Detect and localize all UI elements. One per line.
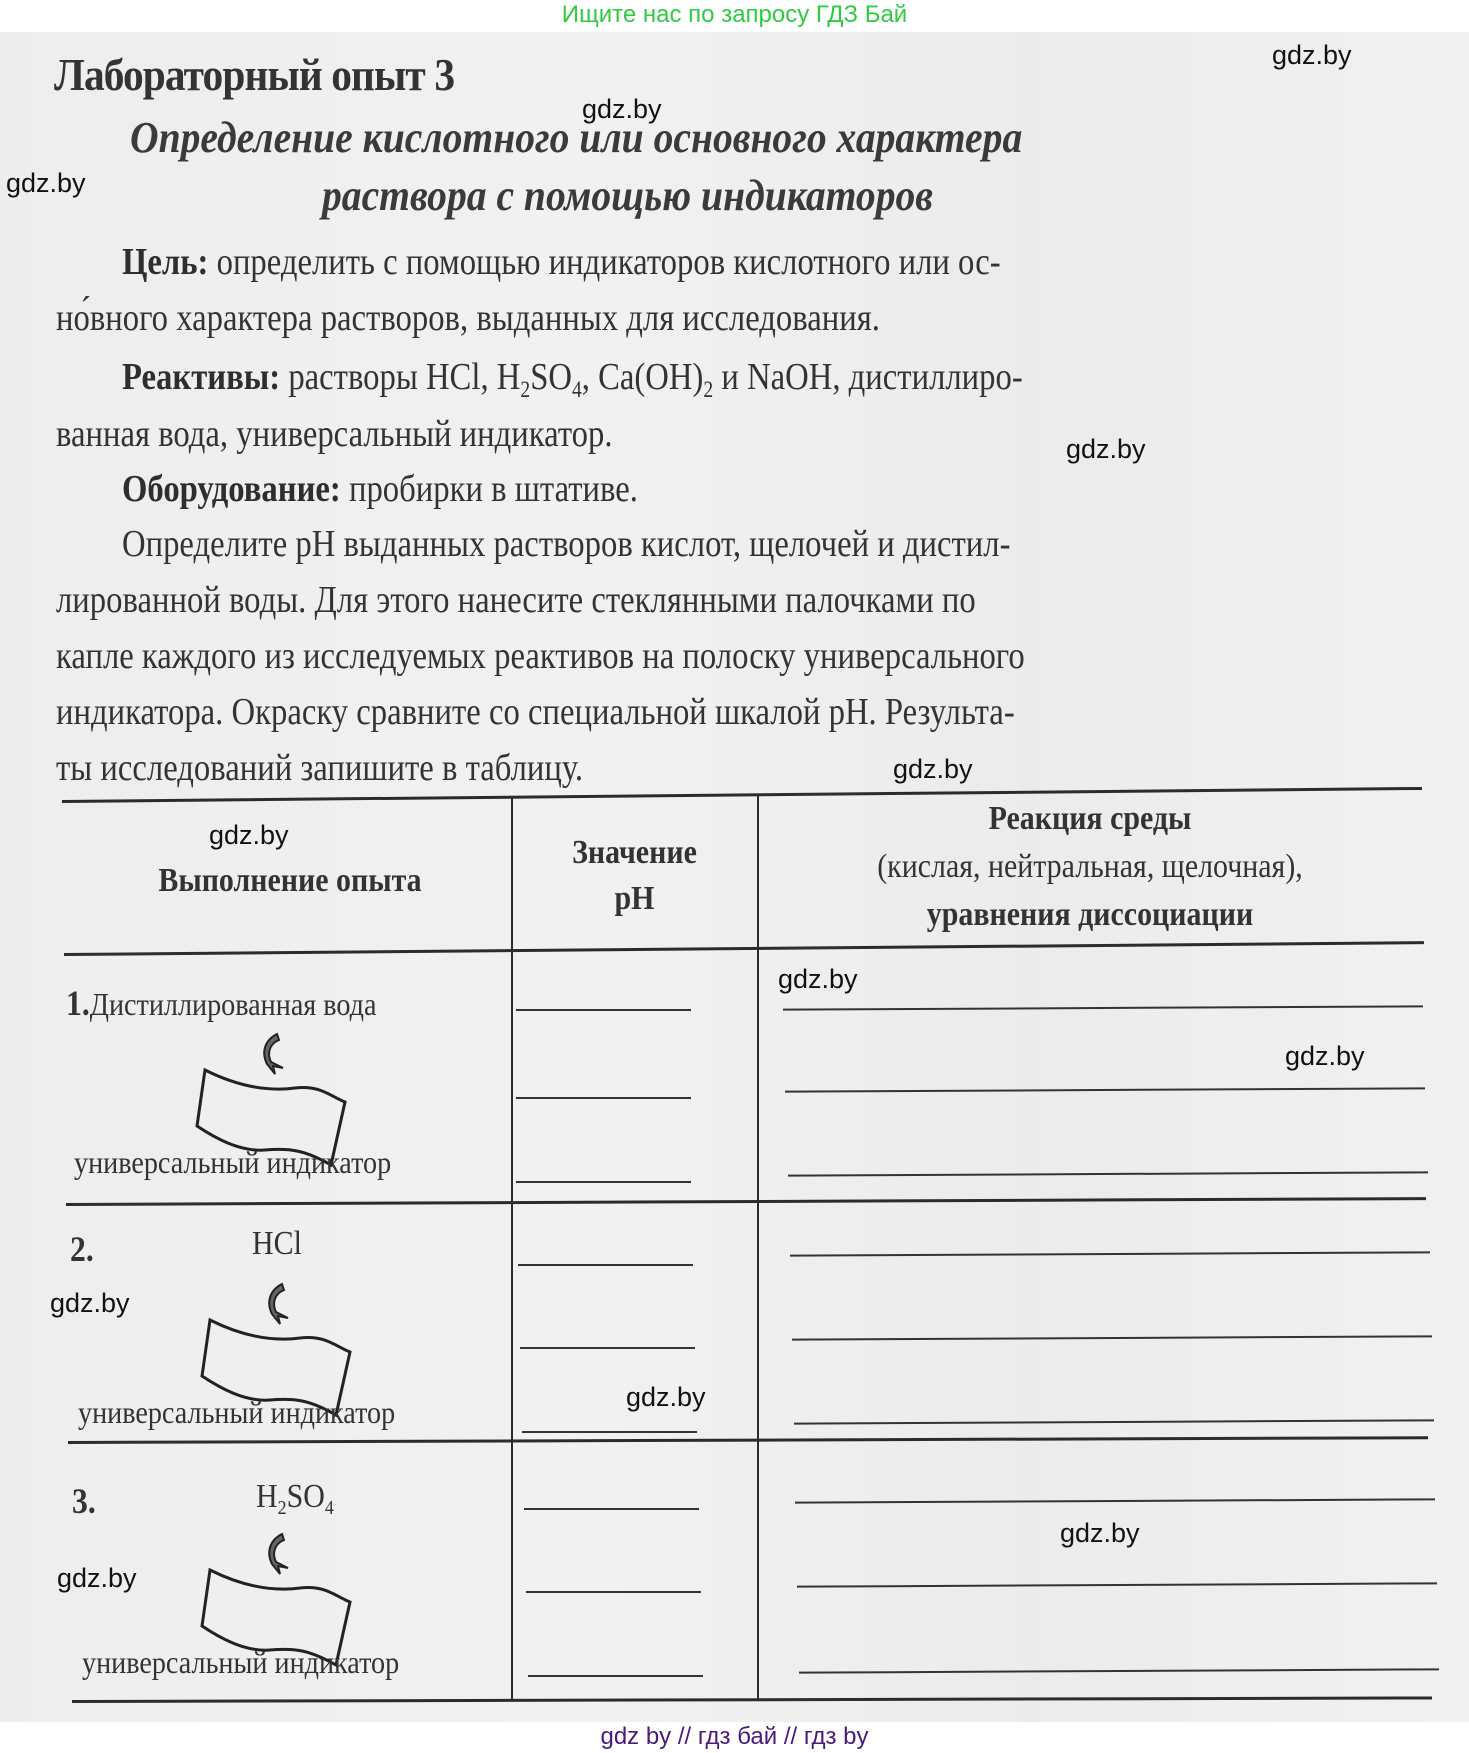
row-2-ph-input-line-2[interactable] <box>520 1347 695 1349</box>
reagents-line-1: Реактивы: растворы HCl, H2SO4, Ca(OH)2 и… <box>122 355 1023 399</box>
table-row-2-reagent: HCl <box>252 1225 302 1263</box>
watermark: gdz.by <box>6 170 86 197</box>
table-row-2-indicator: универсальный индикатор <box>78 1394 395 1431</box>
table-row-1-label: 1.Дистиллированная вода <box>66 982 377 1024</box>
watermark: gdz.by <box>1066 436 1146 463</box>
page-title: Лабораторный опыт 3 <box>54 48 454 101</box>
row-1-ph-input-line-2[interactable] <box>516 1097 691 1099</box>
reagents-line-2: ванная вода, универсальный индикатор. <box>56 412 613 456</box>
row-3-ph-input-line-3[interactable] <box>528 1675 703 1677</box>
watermark: gdz.by <box>1285 1043 1365 1070</box>
row-3-ph-input-line-1[interactable] <box>524 1508 699 1510</box>
reagents-label: Реактивы: <box>122 356 280 398</box>
instruction-line-5: ты исследований запишите в таблицу. <box>56 746 583 790</box>
instruction-line-1: Определите pH выданных растворов кислот,… <box>122 522 1010 566</box>
header-ph-line-2: pH <box>527 880 743 918</box>
header-ph-line-1: Значение <box>527 834 743 872</box>
row-1-ph-input-line-3[interactable] <box>516 1181 691 1183</box>
header-experiment: Выполнение опыта <box>96 862 483 900</box>
bottom-banner-link[interactable]: gdz by // гдз бай // гдз by <box>0 1722 1469 1753</box>
table-row-1-indicator: универсальный индикатор <box>74 1144 391 1181</box>
header-reaction-line-3: уравнения диссоциации <box>800 896 1381 934</box>
table-row-3-number: 3. <box>72 1480 96 1522</box>
table-row-3-indicator: универсальный индикатор <box>82 1644 399 1681</box>
watermark: gdz.by <box>893 756 973 783</box>
header-reaction-line-1: Реакция среды <box>800 800 1381 838</box>
row-2-ph-input-line-3[interactable] <box>522 1431 697 1433</box>
instruction-line-2: лированной воды. Для этого нанесите стек… <box>56 578 976 622</box>
subtitle-line-2: раствора с помощью индикаторов <box>322 170 933 221</box>
instruction-line-4: индикатора. Окраску сравните со специаль… <box>56 690 1015 734</box>
table-row-2-number: 2. <box>70 1228 94 1270</box>
equipment-label: Оборудование: <box>122 468 341 510</box>
watermark: gdz.by <box>50 1290 130 1317</box>
goal-line-2: но́вного характера растворов, выданных д… <box>56 296 880 340</box>
column-divider-2 <box>757 795 759 1700</box>
row-3-ph-input-line-2[interactable] <box>526 1591 701 1593</box>
row-1-ph-input-line-1[interactable] <box>516 1009 691 1011</box>
watermark: gdz.by <box>626 1384 706 1411</box>
instruction-line-3: капле каждого из исследуемых реактивов н… <box>56 634 1025 678</box>
table-row-3-reagent: H2SO4 <box>256 1478 334 1516</box>
watermark: gdz.by <box>1272 42 1352 69</box>
watermark: gdz.by <box>1060 1520 1140 1547</box>
column-divider-1 <box>511 798 513 1700</box>
row-2-ph-input-line-1[interactable] <box>518 1264 693 1266</box>
top-banner-link[interactable]: Ищите нас по запросу ГДЗ Бай <box>0 0 1469 32</box>
equipment-line: Оборудование: пробирки в штативе. <box>122 467 638 511</box>
watermark: gdz.by <box>778 966 858 993</box>
header-reaction-line-2: (кислая, нейтральная, щелочная), <box>800 848 1381 886</box>
watermark: gdz.by <box>582 96 662 123</box>
goal-label: Цель: <box>122 241 208 283</box>
goal-line-1: Цель: определить с помощью индикаторов к… <box>122 240 1001 284</box>
subtitle-line-1: Определение кислотного или основного хар… <box>130 112 1022 163</box>
watermark: gdz.by <box>57 1565 137 1592</box>
watermark: gdz.by <box>209 822 289 849</box>
